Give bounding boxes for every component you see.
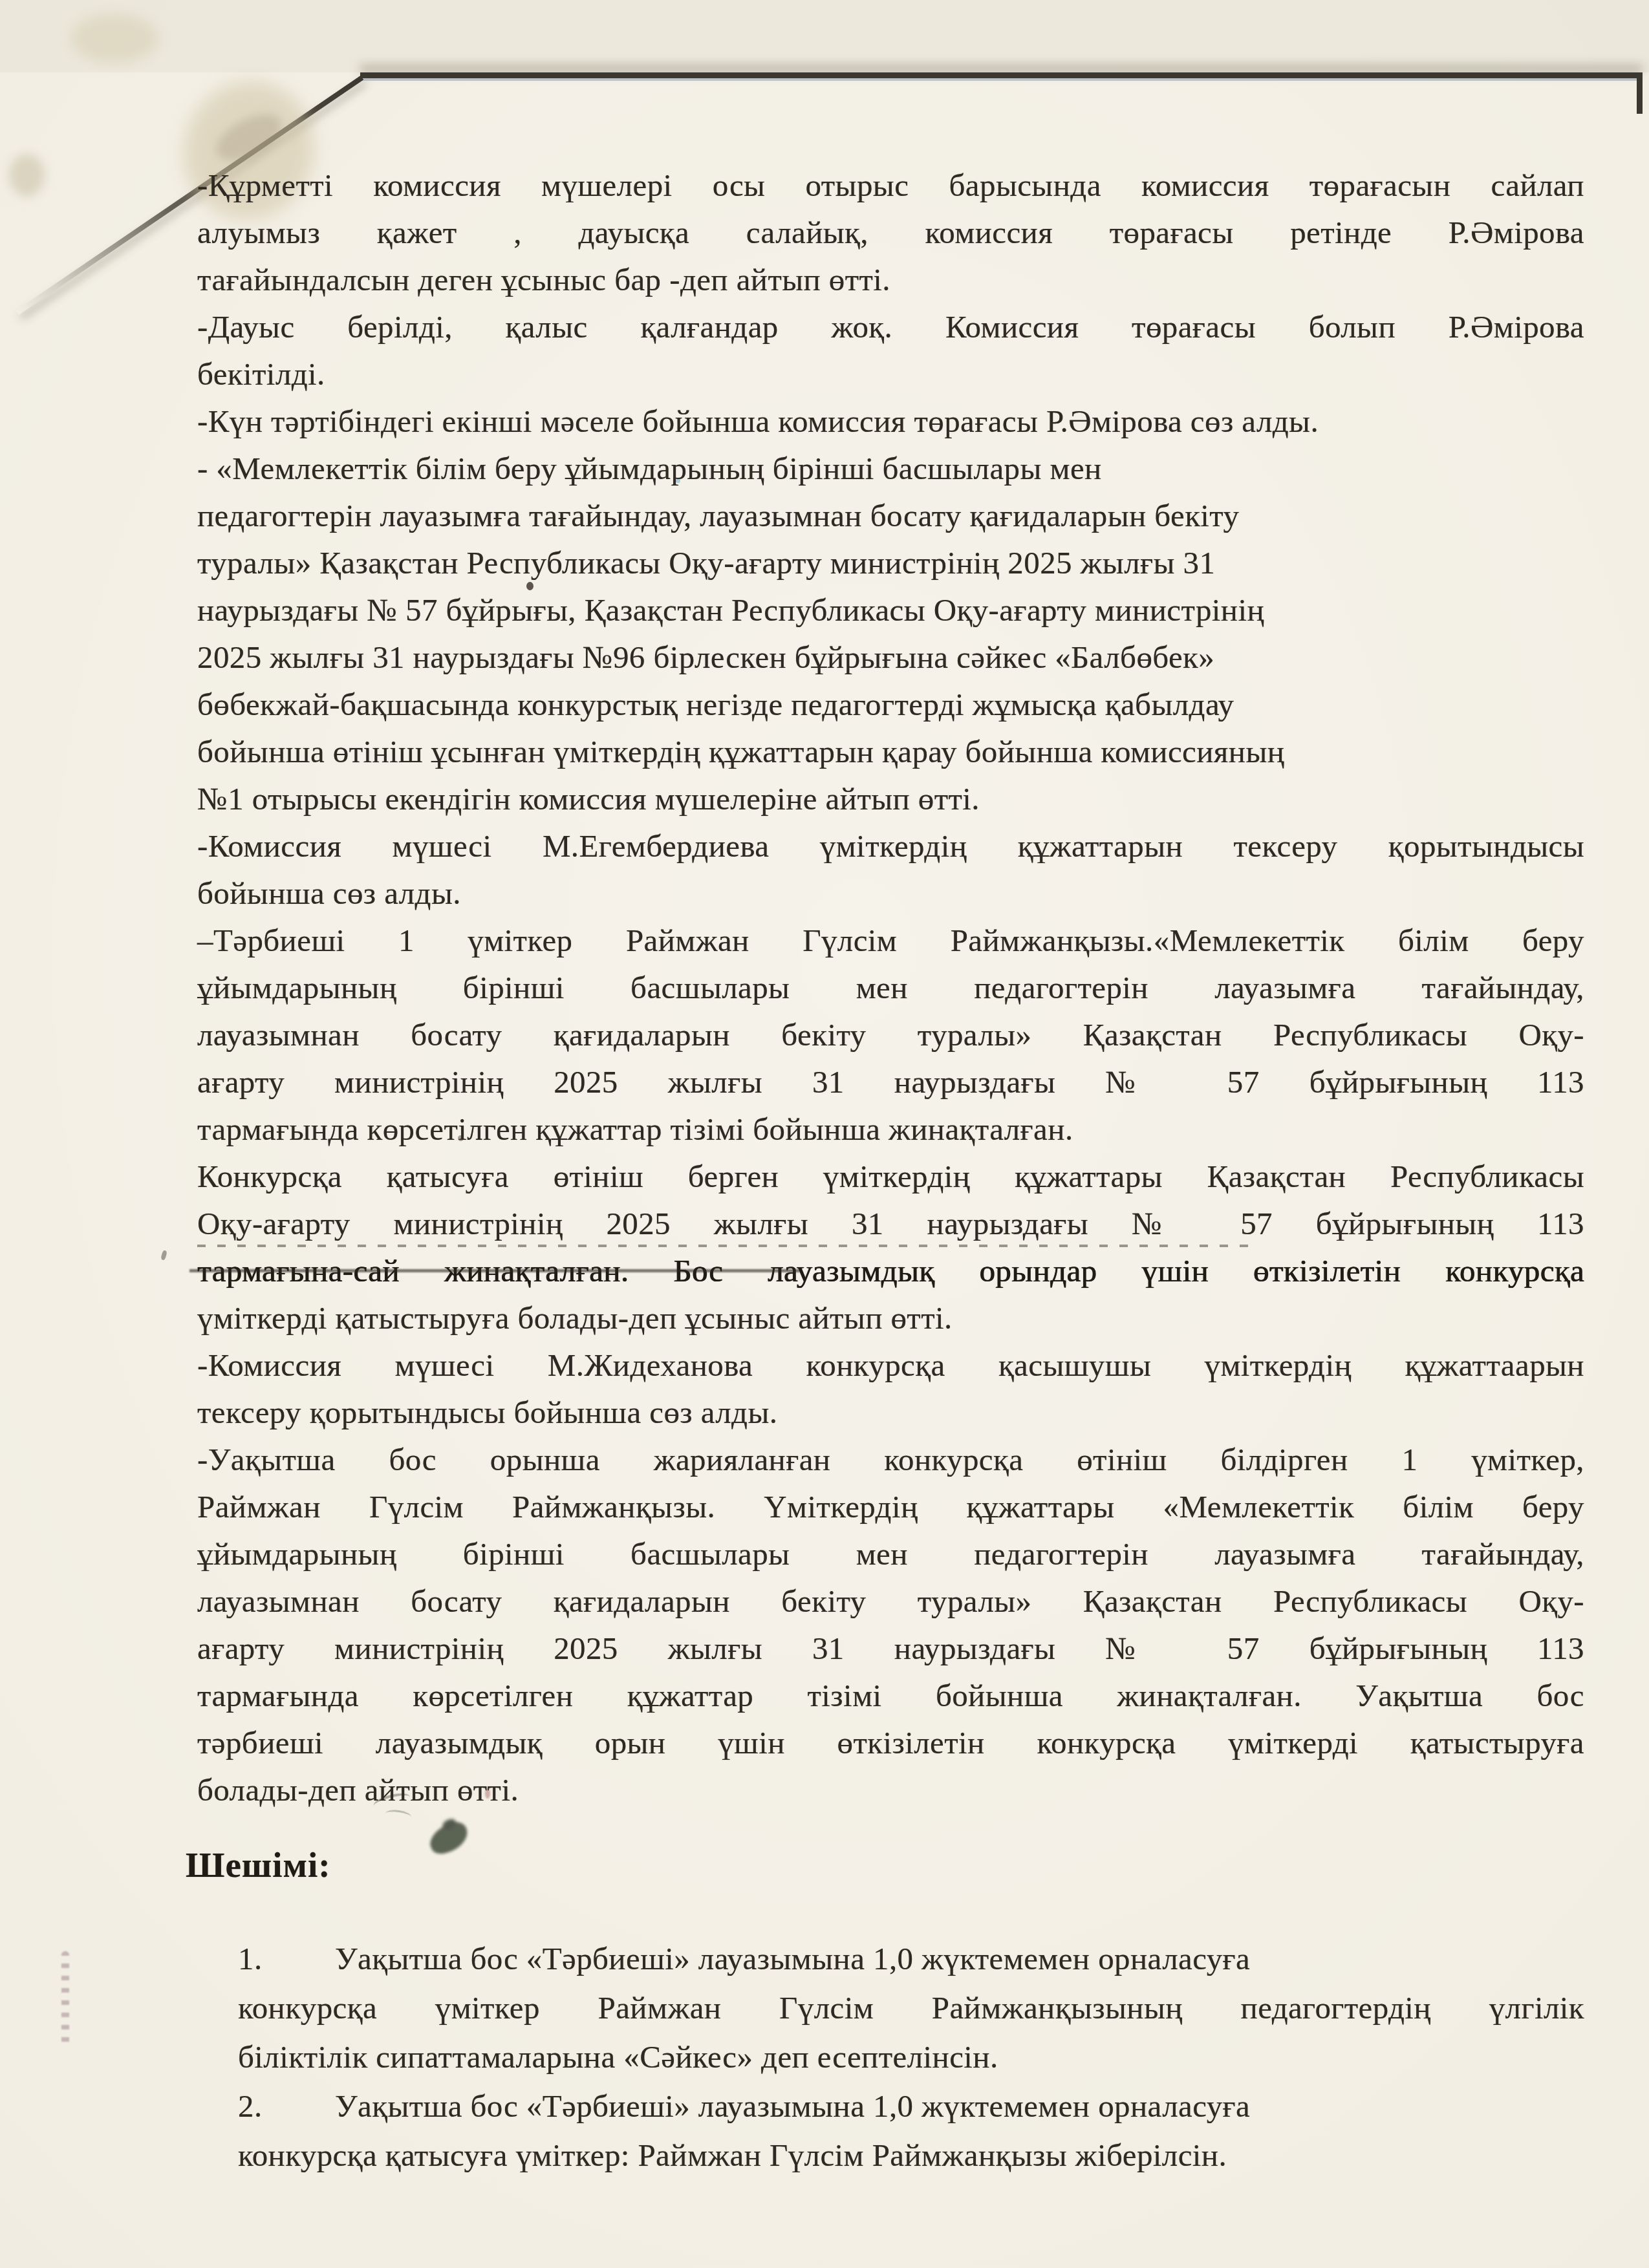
document-body: -Құрметті комиссия мүшелері осы отырыс б…: [197, 162, 1584, 1813]
text-line: бойынша сөз алды.: [197, 870, 1584, 917]
text-line: конкурсқа үміткер Раймжан Гүлсім Раймжан…: [238, 1984, 1584, 2033]
text-line: ұйымдарының бірінші басшылары мен педаго…: [197, 964, 1584, 1011]
decision-heading: Шешімі:: [186, 1839, 331, 1891]
text-line: конкурсқа қатысуға үміткер: Раймжан Гүлс…: [238, 2131, 1584, 2180]
text-line: педагогтерін лауазымға тағайындау, лауаз…: [197, 492, 1584, 539]
text-line: тәрбиеші лауазымдық орын үшін өткізілеті…: [197, 1719, 1584, 1766]
page-edge-top-line: [360, 72, 1643, 78]
text-line: -Құрметті комиссия мүшелері осы отырыс б…: [197, 162, 1584, 209]
text-line: ұйымдарының бірінші басшылары мен педаго…: [197, 1530, 1584, 1578]
text-line: -Уақытша бос орынша жарияланған конкурсқ…: [197, 1436, 1584, 1483]
text-line: тексеру қорытындысы бойынша сөз алды.: [197, 1389, 1584, 1436]
scan-top-strip: [0, 0, 1649, 72]
text-line: біліктілік сипаттамаларына «Сәйкес» деп …: [238, 2033, 1584, 2082]
text-line: тармағында көрсетілген құжаттар тізімі б…: [197, 1106, 1584, 1153]
text-line: -Комиссия мүшесі М.Жидеханова конкурсқа …: [197, 1342, 1584, 1389]
text-line: тармағына-сай жинақталған. Бос лауазымды…: [197, 1247, 1584, 1294]
list-item-number: 2.: [238, 2082, 335, 2131]
page-edge-right-line: [1637, 74, 1643, 114]
text-line: –Тәрбиеші 1 үміткер Раймжан Гүлсім Раймж…: [197, 917, 1584, 964]
text-line: Конкурсқа қатысуға өтініш берген үміткер…: [197, 1153, 1584, 1200]
text-line: тармағында көрсетілген құжаттар тізімі б…: [197, 1672, 1584, 1719]
text-line: 2.Уақытша бос «Тәрбиеші» лауазымына 1,0 …: [238, 2082, 1584, 2131]
text-line: бекітілді.: [197, 350, 1584, 398]
text-line: бөбекжай-бақшасында конкурстық негізде п…: [197, 681, 1584, 728]
scanned-page: { "colors": { "paper": "#f2eee3", "ink":…: [0, 0, 1649, 2268]
ink-smudge: [425, 1817, 472, 1858]
text-line: туралы» Қазақстан Республикасы Оқу-ағарт…: [197, 539, 1584, 586]
text-line: -Күн тәртібіндегі екінші мәселе бойынша …: [197, 398, 1584, 445]
text-line: тағайындалсын деген ұсыныс бар -деп айты…: [197, 256, 1584, 303]
text-line: болады-деп айтып өтті.: [197, 1766, 1584, 1813]
margin-dotted-mark: [61, 1951, 69, 2048]
text-line: ағарту министрінің 2025 жылғы 31 наурызд…: [197, 1058, 1584, 1106]
text-line: Раймжан Гүлсім Раймжанқызы. Үміткердің қ…: [197, 1483, 1584, 1530]
text-line: -Комиссия мүшесі М.Егембердиева үміткерд…: [197, 822, 1584, 870]
text-line: 2025 жылғы 31 наурыздағы №96 бірлескен б…: [197, 634, 1584, 681]
list-item-number: 1.: [238, 1934, 335, 1984]
text-line: №1 отырысы екендігін комиссия мүшелеріне…: [197, 775, 1584, 822]
scan-speck: [160, 1250, 167, 1260]
text-line: бойынша өтініш ұсынған үміткердің құжатт…: [197, 728, 1584, 775]
decision-list: 1.Уақытша бос «Тәрбиеші» лауазымына 1,0 …: [238, 1934, 1584, 2180]
text-line: ағарту министрінің 2025 жылғы 31 наурызд…: [197, 1625, 1584, 1672]
scan-smudge: [9, 154, 45, 197]
text-line: алуымыз қажет , дауысқа салайық, комисси…: [197, 209, 1584, 256]
text-line: 1.Уақытша бос «Тәрбиеші» лауазымына 1,0 …: [238, 1934, 1584, 1984]
text-line: лауазымнан босату қағидаларын бекіту тур…: [197, 1578, 1584, 1625]
text-line: - «Мемлекеттік білім беру ұйымдарының бі…: [197, 445, 1584, 492]
text-line: үміткерді қатыстыруға болады-деп ұсыныс …: [197, 1294, 1584, 1342]
text-line: лауазымнан босату қағидаларын бекіту тур…: [197, 1011, 1584, 1058]
text-line: Оқу-ағарту министрінің 2025 жылғы 31 нау…: [197, 1200, 1584, 1247]
text-line: -Дауыс берілді, қалыс қалғандар жоқ. Ком…: [197, 303, 1584, 350]
text-line: наурыздағы № 57 бұйрығы, Қазақстан Респу…: [197, 586, 1584, 634]
